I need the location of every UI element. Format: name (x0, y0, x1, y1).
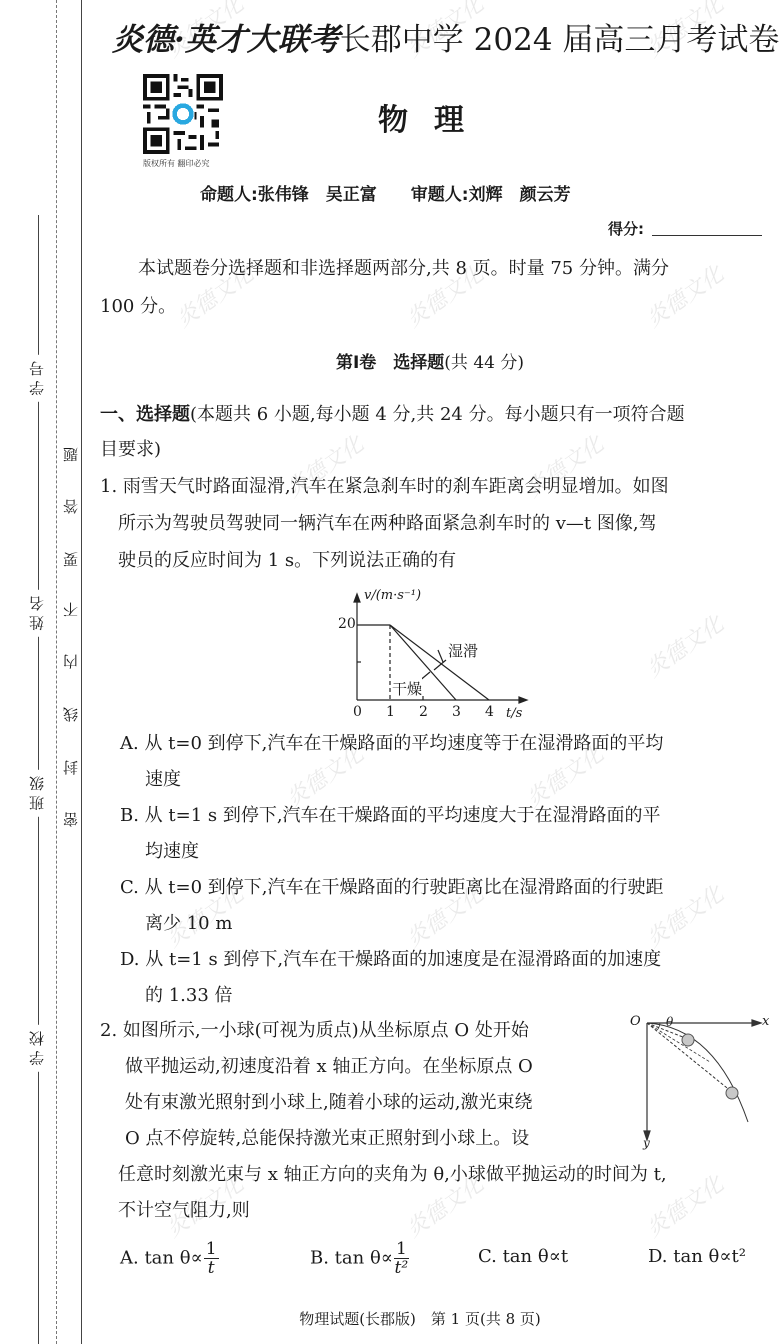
denominator: t (208, 1259, 215, 1277)
q2-option-c[interactable]: C. tan θ∝t (478, 1240, 568, 1274)
x-tick: 3 (452, 704, 461, 720)
field-class[interactable]: 班 级 (26, 770, 47, 817)
field-name[interactable]: 姓 名 (26, 590, 47, 637)
numerator: 1 (394, 1240, 409, 1259)
cut-line (56, 0, 57, 1344)
q1-option-c[interactable]: C. 从 t=0 到停下,汽车在干燥路面的行驶距离比在湿滑路面的行驶距 (120, 871, 664, 905)
q2-line-4: O 点不停旋转,总能保持激光束正照射到小球上。设 (125, 1122, 529, 1156)
field-school[interactable]: 学 校 (26, 1025, 47, 1072)
page-footer: 物理试题(长郡版) 第 1 页(共 8 页) (0, 1308, 780, 1329)
part1-heading: 一、选择题(本题共 6 小题,每小题 4 分,共 24 分。每小题只有一项符合题 (100, 398, 685, 432)
q1-option-d-cont: 的 1.33 倍 (145, 979, 233, 1013)
x-tick: 2 (419, 704, 428, 720)
q1-option-d[interactable]: D. 从 t=1 s 到停下,汽车在干燥路面的加速度是在湿滑路面的加速度 (120, 943, 661, 977)
q2-line-2: 做平抛运动,初速度沿着 x 轴正方向。在坐标原点 O (125, 1050, 533, 1084)
q1-option-c-cont: 离少 10 m (145, 907, 232, 941)
section-title: 第Ⅰ卷 选择题(共 44 分) (0, 348, 780, 373)
part1-heading-text: (本题共 6 小题,每小题 4 分,共 24 分。每小题只有一项符合题 (190, 404, 685, 425)
section-title-rest: (共 44 分) (444, 353, 524, 373)
score-label: 得分: (608, 218, 644, 239)
seal-char: 要 (60, 550, 81, 569)
seal-char: 不 (60, 600, 81, 619)
x-tick: 1 (386, 704, 395, 720)
q1-option-b-cont: 均速度 (145, 835, 199, 869)
x-tick: 0 (353, 704, 362, 720)
q1-line-2: 所示为驾驶员驾驶同一辆汽车在两种路面紧急刹车时的 v—t 图像,驾 (118, 507, 657, 541)
x-axis-label: x (762, 1014, 769, 1029)
subject-title: 物理 (378, 95, 490, 139)
qr-caption: 版权所有 翻印必究 (143, 158, 210, 169)
origin-label: O (630, 1014, 641, 1029)
q1-line-1: 1. 雨雪天气时路面湿滑,汽车在紧急刹车时的刹车距离会明显增加。如图 (100, 470, 669, 504)
seal-char: 题 (60, 445, 81, 464)
q1-line-3: 驶员的反应时间为 1 s。下列说法正确的有 (118, 544, 456, 578)
fraction: 1t (204, 1240, 219, 1277)
exam-title: 炎德·英才大联考长郡中学 2024 届高三月考试卷(五) (112, 14, 780, 59)
y-axis-label: y (643, 1136, 650, 1150)
seal-char: 封 (60, 758, 81, 777)
y-tick-20: 20 (338, 616, 356, 632)
score-field[interactable] (652, 235, 762, 236)
intro-line-2: 100 分。 (100, 290, 176, 324)
q1-option-a[interactable]: A. 从 t=0 到停下,汽车在干燥路面的平均速度等于在湿滑路面的平均 (120, 727, 663, 761)
q2-option-c-text: C. tan θ∝t (478, 1246, 568, 1267)
authors: 命题人:张伟锋 吴正富 审题人:刘辉 颜云芳 (200, 180, 571, 205)
x-tick: 4 (485, 704, 494, 720)
q2-option-b[interactable]: B. tan θ∝1t² (310, 1240, 409, 1277)
dry-label: 干燥 (392, 678, 422, 699)
q2-option-d-text: D. tan θ∝t² (648, 1246, 746, 1267)
section-title-bold: 第Ⅰ卷 选择题 (336, 353, 444, 373)
q1-vt-graph: v/(m·s⁻¹) 20 0 1 2 3 4 t/s 湿滑 干燥 (330, 590, 530, 726)
q2-projectile-figure: O x y θ (620, 1012, 780, 1152)
numerator: 1 (204, 1240, 219, 1259)
seal-char: 内 (60, 652, 81, 671)
q2-option-b-text: B. tan θ∝ (310, 1248, 393, 1269)
qr-code[interactable] (143, 74, 223, 154)
exam-name: 长郡中学 2024 届高三月考试卷(五) (340, 22, 780, 58)
q1-option-b[interactable]: B. 从 t=1 s 到停下,汽车在干燥路面的平均速度大于在湿滑路面的平 (120, 799, 661, 833)
seal-line (81, 0, 82, 1344)
q2-line-1: 2. 如图所示,一小球(可视为质点)从坐标原点 O 处开始 (100, 1014, 529, 1048)
wet-label: 湿滑 (448, 640, 478, 661)
part1-heading-line2: 目要求) (100, 433, 161, 467)
part1-heading-bold: 一、选择题 (100, 404, 190, 425)
q2-line-3: 处有束激光照射到小球上,随着小球的运动,激光束绕 (125, 1086, 532, 1120)
q2-line-5: 任意时刻激光束与 x 轴正方向的夹角为 θ,小球做平抛运动的时间为 t, (118, 1158, 667, 1192)
seal-char: 答 (60, 497, 81, 516)
q2-option-a-text: A. tan θ∝ (120, 1248, 203, 1269)
fraction: 1t² (394, 1240, 409, 1277)
seal-char: 密 (60, 810, 81, 829)
y-axis-label: v/(m·s⁻¹) (364, 588, 421, 603)
watermark: 炎德文化 (639, 608, 729, 684)
x-axis-label: t/s (506, 706, 522, 721)
q2-line-6: 不计空气阻力,则 (118, 1194, 250, 1228)
brand-name: 炎德·英才大联考 (112, 22, 340, 58)
intro-line-1: 本试题卷分选择题和非选择题两部分,共 8 页。时量 75 分钟。满分 (138, 252, 669, 286)
q2-option-d[interactable]: D. tan θ∝t² (648, 1240, 746, 1274)
seal-char: 线 (60, 705, 81, 724)
q2-option-a[interactable]: A. tan θ∝1t (120, 1240, 219, 1277)
denominator: t² (395, 1259, 409, 1277)
q1-option-a-cont: 速度 (145, 763, 181, 797)
angle-label: θ (666, 1015, 673, 1029)
